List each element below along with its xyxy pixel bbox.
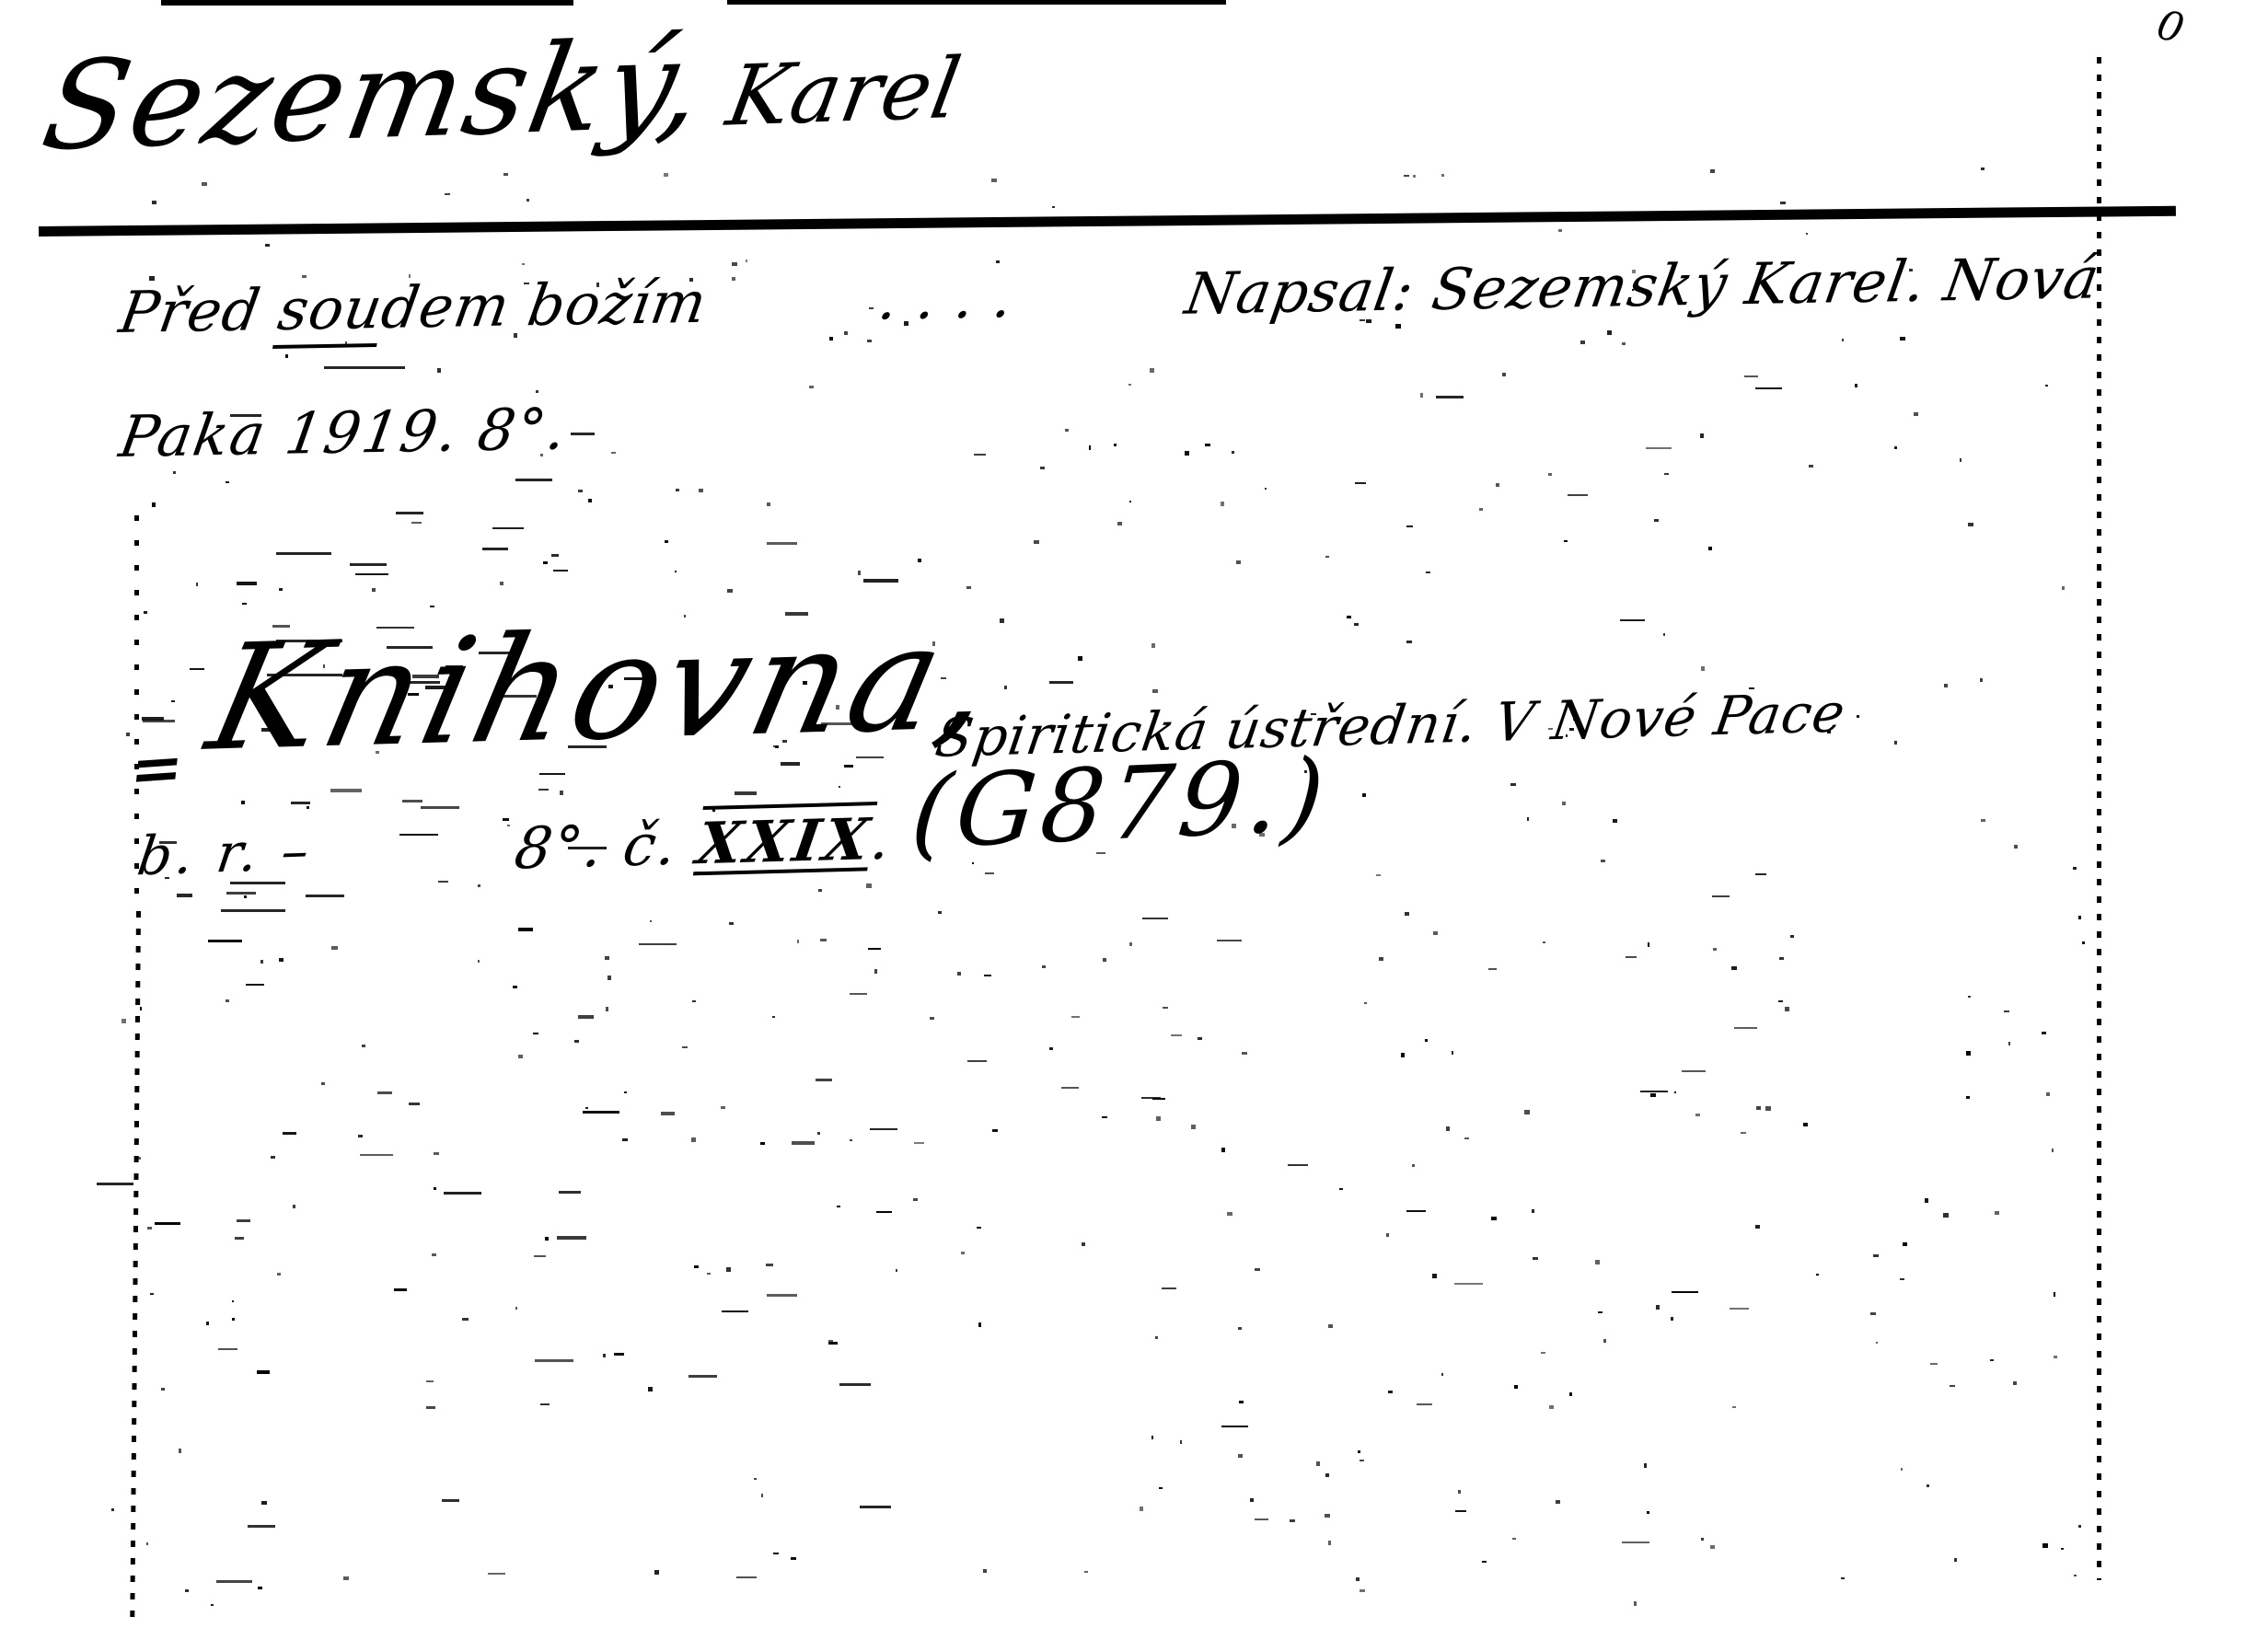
imprint-line: Paka 1919. 8°. [115,395,573,470]
title-underlined-part: sou [272,274,388,349]
page-mark: 0 [2152,1,2189,52]
author-forename: Karel [720,40,967,144]
catalog-card: 0 Sezemský,Karel Před soudem božím . . .… [0,0,2268,1628]
title-end: dem božím [376,269,712,341]
title-start: Před [115,276,284,346]
left-margin-dotted-line-upper [134,515,139,911]
series-main-word: Knihovna, [195,592,1012,784]
author-heading: Sezemský,Karel [33,4,975,179]
author-surname: Sezemský, [33,13,716,179]
top-edge-mark-left [161,0,573,6]
title-words: Před soudem božím [115,269,712,346]
right-margin-dotted-line [2097,57,2101,1580]
title-ellipsis: . . . . [874,263,1019,333]
responsibility-statement: Napsal: Sezemský Karel. Nová [1181,244,2104,328]
heading-rule [39,206,2176,237]
title-line: Před soudem božím . . . . Napsal: Sezems… [115,244,2104,346]
volume-numeral: XXIX [693,805,877,877]
format-note: 8°. č. [511,810,703,882]
year-note: b. r. – [133,819,317,888]
left-margin-dotted-line-lower [130,911,141,1620]
shelfmark: (G879.) [907,738,1335,872]
format-volume-line: 8°. č. XXIX. [511,804,897,882]
top-edge-mark-right [727,0,1226,5]
